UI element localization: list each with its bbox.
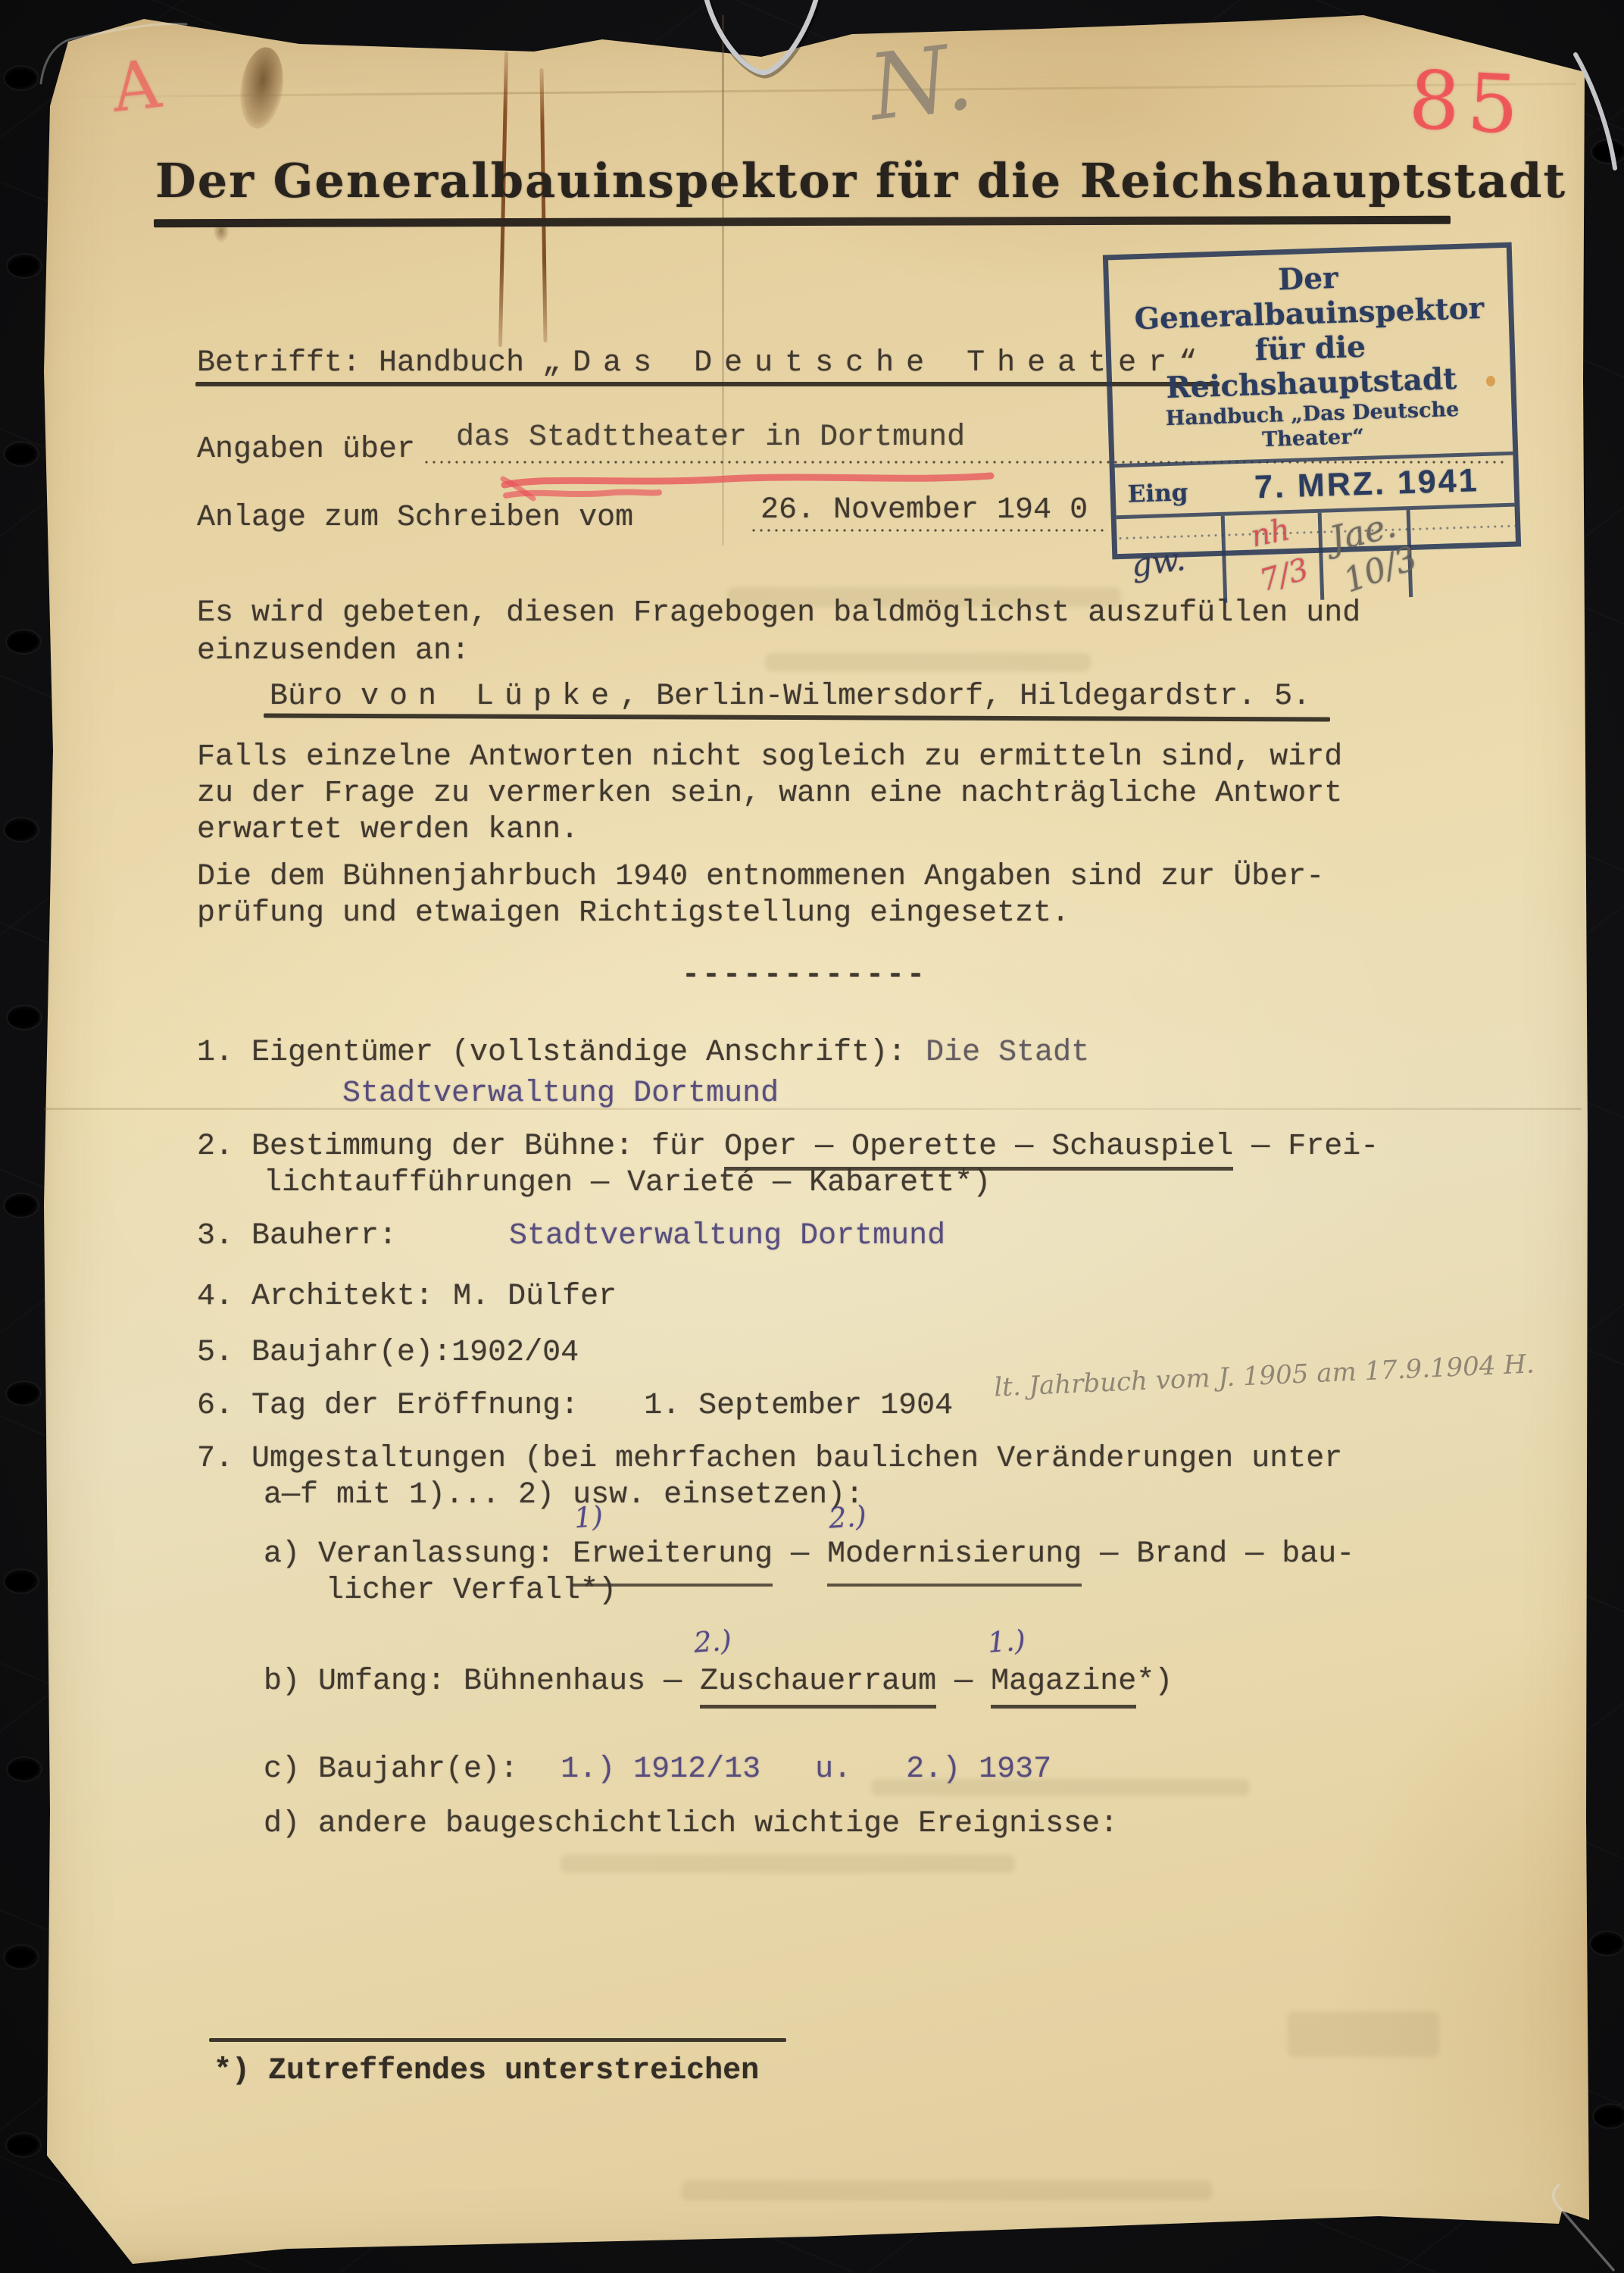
q7b-option-1: Zuschauerraum (700, 1665, 936, 1699)
punch-hole (8, 1006, 41, 1029)
sleeve-corner-top-left (38, 17, 189, 102)
punch-hole (8, 1758, 41, 1781)
question-7a: a) Veranlassung: 1)Erweiterung — 2.)Mode… (264, 1537, 1354, 1573)
address-line: Büro von Lüpke, Berlin-Wilmersdorf, Hild… (270, 679, 1310, 715)
q7a-prefix: a) Veranlassung: (264, 1537, 573, 1571)
q3-label: 3. Bauherr: (197, 1219, 397, 1253)
q2-suffix: — Frei- (1233, 1130, 1379, 1164)
stamp-eing-label: Eing (1127, 479, 1188, 508)
stamp-cell-3: Jae. 10/3 (1321, 510, 1413, 600)
q2-prefix: 2. Bestimmung der Bühne: für (197, 1130, 724, 1164)
stamp-cell-1: gw. (1116, 516, 1228, 606)
received-stamp: Der Generalbauinspektor für die Reichsha… (1103, 242, 1521, 560)
punch-hole (7, 2134, 40, 2156)
note2-line-1: Die dem Bühnenjahrbuch 1940 entnommenen … (197, 859, 1324, 896)
q5-label: 5. Baujahr(e): (197, 1336, 451, 1370)
q7b-suffix: *) (1136, 1665, 1173, 1699)
address-suffix: , Berlin-Wilmersdorf, Hildegardstr. 5. (620, 680, 1310, 714)
q7c-label: c) Baujahr(e): (264, 1752, 518, 1787)
stamp-date: 7. MRZ. 1941 (1254, 462, 1479, 506)
stamp-initials-ink: gw. (1129, 540, 1188, 584)
stamp-initials-row: gw. nh 7/3 Jae. 10/3 (1116, 503, 1518, 606)
q7b-underlined-1: 2.)Zuschauerraum (700, 1665, 936, 1709)
punch-hole (1591, 1932, 1624, 1955)
q7b-underlined-2: 1.)Magazine (991, 1665, 1136, 1709)
address-name: von Lüpke (361, 680, 620, 714)
q1-answer-inline: Die Stadt (926, 1036, 1089, 1070)
q7b-prefix: b) Umfang: Bühnenhaus — (264, 1665, 700, 1699)
punch-hole (1594, 2105, 1624, 2128)
pencil-n-mark: N. (864, 24, 978, 141)
q1-label: 1. Eigentümer (vollständige Anschrift): (197, 1036, 906, 1070)
punch-hole (5, 67, 38, 89)
question-2: 2. Bestimmung der Bühne: für Oper — Oper… (197, 1129, 1379, 1165)
bleed-through (765, 653, 1091, 671)
bleed-through (561, 1855, 1015, 1873)
q4-label: 4. Architekt: (197, 1280, 433, 1314)
separator-dashes: ------------ (682, 958, 927, 994)
q4-answer: M. Dülfer (453, 1280, 617, 1314)
footnote-rule (209, 2038, 786, 2042)
note1-line-2: zu der Frage zu vermerken sein, wann ein… (197, 776, 1342, 812)
q7a-handwritten-mark-2: 2.) (828, 1498, 868, 1537)
q6-label: 6. Tag der Eröffnung: (197, 1389, 579, 1423)
q7a-separator: — (773, 1537, 827, 1571)
crease-fold (44, 1108, 1582, 1110)
question-1: 1. Eigentümer (vollständige Anschrift):D… (197, 1035, 1089, 1071)
question-7-line-2: a—f mit 1)... 2) usw. einsetzen): (264, 1477, 864, 1514)
betrifft-underline (195, 382, 1220, 386)
q7a-suffix: — Brand — bau- (1082, 1537, 1354, 1571)
angaben-label: Angaben über (197, 432, 415, 468)
q7b-option-2: Magazine (991, 1665, 1136, 1699)
punch-hole (5, 1946, 38, 1968)
stamp-initials-red-bottom: 7/3 (1256, 552, 1312, 599)
punch-hole (5, 1570, 38, 1593)
question-2-line-2: lichtaufführungen — Varieté — Kabarett*) (264, 1165, 991, 1202)
question-7c: c) Baujahr(e):1.) 1912/13 u. 2.) 1937 (264, 1752, 1051, 1788)
betrifft-label: Betrifft: Handbuch (197, 346, 542, 380)
note1-line-3: erwartet werden kann. (197, 812, 579, 849)
paperclip-wire-right (1566, 52, 1624, 174)
q7b-separator: — (936, 1665, 991, 1699)
note2-line-2: prüfung und etwaigen Richtigstellung ein… (197, 896, 1070, 932)
question-6: 6. Tag der Eröffnung:1. September 1904 (197, 1388, 953, 1424)
anlage-dotted-line (750, 529, 1107, 532)
angaben-answer: das Stadttheater in Dortmund (456, 420, 965, 456)
red-underline-mark (500, 465, 1000, 511)
question-7d: d) andere baugeschichtlich wichtige Erei… (264, 1806, 1118, 1843)
bleed-through (1288, 2012, 1439, 2057)
sheet-number: 85 (1407, 53, 1529, 152)
question-5: 5. Baujahr(e):1902/04 (197, 1335, 579, 1371)
archive-photo: A N. 85 Der Generalbauinspektor für die … (0, 0, 1624, 2273)
q6-answer: 1. September 1904 (644, 1389, 953, 1423)
q7b-handwritten-mark-2: 1.) (987, 1622, 1027, 1661)
q7a-option-2: Modernisierung (827, 1537, 1082, 1571)
q7c-answer: 1.) 1912/13 u. 2.) 1937 (561, 1752, 1051, 1787)
question-7b: b) Umfang: Bühnenhaus — 2.)Zuschauerraum… (264, 1664, 1173, 1700)
punch-hole (5, 818, 38, 841)
punch-hole (7, 630, 40, 653)
sleeve-corner-bottom-right (1550, 2181, 1624, 2273)
stamp-cell-4 (1410, 507, 1518, 597)
punch-hole (5, 1194, 38, 1217)
q1-answer-typed: Stadtverwaltung Dortmund (342, 1076, 779, 1112)
paperclip-wire (686, 0, 829, 85)
punch-hole (8, 255, 41, 277)
punch-hole (5, 442, 38, 465)
stamp-org-line-1: Der Generalbauinspektor (1108, 255, 1509, 337)
q3-answer: Stadtverwaltung Dortmund (509, 1219, 945, 1253)
footnote: *) Zutreffendes unterstreichen (214, 2053, 759, 2090)
stamp-handbook-line: Handbuch „Das Deutsche Theater“ (1113, 396, 1513, 457)
punch-hole (7, 1382, 40, 1405)
betrifft-line: Betrifft: Handbuch „Das Deutsche Theater… (197, 345, 1209, 382)
question-4: 4. Architekt:M. Dülfer (197, 1279, 617, 1315)
bleed-through (682, 2181, 1212, 2200)
q7a-underlined-2: 2.)Modernisierung (827, 1537, 1082, 1587)
q2-underlined-options: Oper — Operette — Schauspiel (724, 1130, 1233, 1171)
stamp-cell-2: nh 7/3 (1225, 513, 1324, 603)
intro-line-2: einzusenden an: (197, 633, 470, 670)
q7a-option-1: Erweiterung (573, 1537, 773, 1571)
q7b-handwritten-mark-1: 2.) (692, 1622, 732, 1661)
q7a-handwritten-mark-1: 1) (573, 1499, 604, 1537)
stamp-initials-red-top: nh (1248, 512, 1293, 555)
address-prefix: Büro (270, 680, 361, 714)
letterhead-title: Der Generalbauinspektor für die Reichsha… (155, 153, 1566, 208)
question-7-line-1: 7. Umgestaltungen (bei mehrfachen baulic… (197, 1441, 1342, 1477)
q5-answer: 1902/04 (451, 1336, 579, 1370)
stamp-org-line-2: für die Reichshauptstadt (1110, 325, 1511, 407)
note1-line-1: Falls einzelne Antworten nicht sogleich … (197, 739, 1342, 776)
question-7a-line-2: licher Verfall*) (326, 1573, 617, 1609)
question-3: 3. Bauherr:Stadtverwaltung Dortmund (197, 1218, 945, 1255)
